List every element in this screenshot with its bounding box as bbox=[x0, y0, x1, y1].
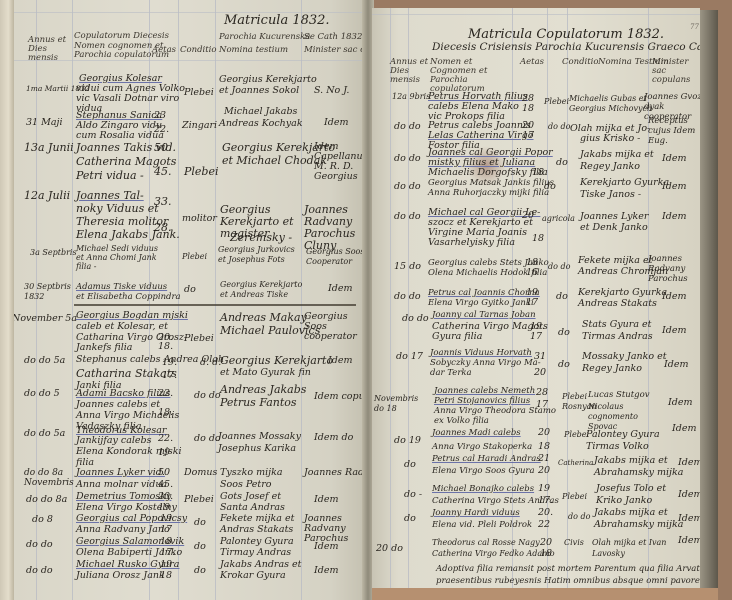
entry-witness: Andras Stakats bbox=[220, 525, 293, 535]
entry-name: Georgius Matsak Jankis filius bbox=[428, 178, 554, 188]
entry-witness: Joannes Mossaky bbox=[218, 432, 301, 442]
entry-condition: Plebei bbox=[182, 252, 207, 262]
header-minister: Minister sac copulans bbox=[304, 46, 366, 55]
entry-condition: do bbox=[194, 566, 206, 576]
entry-date: 3a Septbris bbox=[30, 248, 77, 258]
entry-age: 18 bbox=[538, 442, 550, 452]
entry-age: 16 bbox=[526, 268, 538, 278]
column-rule bbox=[390, 8, 391, 600]
header-aetas: Aetas bbox=[520, 58, 544, 67]
entry-witness: Georgius Kerekjarto bbox=[220, 355, 333, 367]
entry-age: 20. bbox=[158, 492, 173, 502]
entry-age: 23 bbox=[154, 111, 166, 121]
entry-condition: Civis bbox=[564, 538, 584, 548]
header-date: Annus et Dies mensis bbox=[28, 36, 72, 63]
entry-age: 21 bbox=[538, 454, 550, 464]
entry-name: Joannes Tal- bbox=[76, 190, 144, 202]
entry-age: 22. bbox=[154, 125, 169, 135]
entry-name: Gyura filia bbox=[432, 332, 482, 342]
header-aetas: Aetas bbox=[152, 46, 176, 55]
entry-age: 19 bbox=[160, 560, 172, 570]
entry-age: 18. bbox=[158, 342, 173, 352]
entry-witness: Kriko Janko bbox=[596, 496, 652, 506]
entry-name: Adami Bacsko filius bbox=[76, 389, 170, 399]
entry-witness: Jakabs mijka et bbox=[580, 150, 654, 160]
page-subtitle: Diecesis Crisiensis Parochia Kucurensis … bbox=[432, 42, 700, 52]
entry-date: do do bbox=[394, 122, 421, 132]
entry-minister: Idem bbox=[678, 536, 700, 546]
entry-name: Adamus Tiske viduus bbox=[76, 282, 167, 292]
entry-name: et Elisabetha Coppindra bbox=[76, 292, 181, 302]
entry-minister: Idem bbox=[678, 514, 700, 524]
entry-name: dar Terka bbox=[430, 368, 472, 378]
entry-age: 20 bbox=[534, 368, 546, 378]
header-year: Se Cath 1832 bbox=[304, 33, 362, 42]
entry-witness: Palontey Gyura bbox=[220, 537, 294, 547]
entry-witness: Michael Jakabs bbox=[224, 107, 297, 117]
entry-age: 18 bbox=[522, 104, 534, 114]
entry-witness: Georgius Michovych bbox=[569, 104, 652, 114]
entry-age: 17 bbox=[530, 332, 542, 342]
entry-name: Jankijfay calebs bbox=[76, 436, 152, 446]
header-minister: Minister sac copulans bbox=[652, 58, 698, 85]
entry-name: Jankefs filia bbox=[76, 343, 132, 353]
entry-condition: do bbox=[194, 542, 206, 552]
entry-minister: Idem bbox=[328, 284, 352, 294]
entry-age: 22 bbox=[538, 520, 550, 530]
entry-date: 30 Septbris 1832 bbox=[24, 282, 74, 302]
entry-age: 17 bbox=[160, 525, 172, 535]
entry-age: 33. bbox=[154, 196, 172, 208]
entry-age: 18 bbox=[540, 549, 552, 559]
entry-witness: et Michael Chodak bbox=[222, 155, 327, 167]
entry-minister: Idem bbox=[662, 326, 686, 336]
entry-age: 45. bbox=[158, 480, 173, 490]
entry-date: 12a Julii bbox=[24, 190, 70, 202]
entry-date: do do 8a Novembris bbox=[24, 468, 72, 488]
entry-name: Anna molnar vidua bbox=[76, 480, 167, 490]
note-line: Adoptiva filia remansit post mortem Pare… bbox=[436, 564, 700, 574]
entry-age: 20 bbox=[538, 428, 550, 438]
entry-date: do do 5a bbox=[24, 356, 65, 366]
entry-witness: Andreas Kochyak bbox=[219, 119, 303, 129]
entry-minister: Receptus cujus Idem Eug. bbox=[648, 116, 700, 146]
entry-age: 22. bbox=[158, 434, 173, 444]
entry-minister: Idem bbox=[328, 356, 352, 366]
entry-date: do do bbox=[394, 212, 421, 222]
entry-name: Petri Stojanovics filius bbox=[434, 396, 530, 406]
entry-minister: Idem bbox=[662, 154, 686, 164]
entry-age: 19 bbox=[158, 503, 170, 513]
entry-name: Joanny cal Tarnas Joban bbox=[432, 310, 536, 320]
entry-minister: Idem bbox=[672, 424, 696, 434]
entry-name: filia - bbox=[76, 262, 96, 272]
entry-age: 18 bbox=[532, 168, 544, 178]
entry-name: Petrus cal Haradi Andras bbox=[432, 454, 541, 464]
entry-witness: et Andreas Tiske bbox=[220, 290, 288, 300]
entry-witness: Regey Janko bbox=[580, 162, 640, 172]
entry-minister: Joannes Radvany Parochus Cluny bbox=[304, 204, 366, 252]
entry-date: do - bbox=[404, 490, 422, 500]
entry-condition: do bbox=[558, 328, 570, 338]
entry-minister: Idem bbox=[662, 292, 686, 302]
entry-date: do do bbox=[26, 540, 53, 550]
entry-name: ex Volko filia bbox=[434, 416, 489, 426]
entry-witness: Nicolaus cognomento Spovac bbox=[588, 402, 644, 432]
entry-name: Anna Ruhorjaczky mijki filia bbox=[428, 188, 549, 198]
entry-witness: Josephus Karika bbox=[218, 444, 296, 454]
entry-minister: Joannes Radvany bbox=[304, 468, 366, 478]
entry-witness: Tiske Janos - bbox=[580, 190, 641, 200]
column-rule bbox=[301, 0, 302, 600]
entry-minister: Idem bbox=[678, 490, 700, 500]
entry-condition: Domus bbox=[184, 468, 217, 478]
entry-minister: Idem bbox=[314, 542, 338, 552]
entry-minister: Idem bbox=[314, 495, 338, 505]
entry-age: 50. bbox=[154, 142, 172, 154]
entry-date: 13a Junii bbox=[24, 142, 74, 154]
entry-condition: Plebei bbox=[184, 334, 214, 344]
row-rule bbox=[372, 14, 700, 15]
entry-name: Elena vid. Pleli Poldrok bbox=[432, 520, 532, 530]
entry-date: do do 8a bbox=[26, 495, 67, 505]
entry-name: Elena Virgo Soos Gyura bbox=[432, 466, 535, 476]
entry-witness: Michaelis Gubas et bbox=[569, 94, 647, 104]
entry-witness: gius Krisko - bbox=[580, 134, 640, 144]
entry-witness: Stats Gyura et bbox=[582, 320, 651, 330]
entry-witness: Georgius Kerekjarto bbox=[220, 280, 302, 290]
page-number: 77 bbox=[690, 22, 699, 32]
entry-name: Michaelis Dorgofsky filia bbox=[428, 168, 548, 178]
entry-name: noky Viduus et bbox=[76, 203, 159, 215]
entry-condition: Catherina bbox=[558, 458, 593, 468]
entry-condition: Plebei bbox=[184, 88, 214, 98]
right-page: 77 Matricula Copulatorum 1832. Diecesis … bbox=[372, 8, 700, 600]
entry-name: Georgius Bogdan mjski bbox=[76, 311, 188, 321]
entry-age: 20 bbox=[522, 211, 534, 221]
entry-condition: do bbox=[558, 360, 570, 370]
entry-condition: Plebei bbox=[544, 97, 569, 107]
entry-witness: Lavosky bbox=[592, 549, 625, 559]
book-right-edge bbox=[700, 10, 718, 590]
entry-age: 28. bbox=[154, 222, 172, 234]
entry-minister: Georgius Soos Cooperator bbox=[306, 247, 366, 267]
entry-date: do do 5 bbox=[24, 389, 60, 399]
entry-condition: do bbox=[184, 285, 196, 295]
entry-age: 20. bbox=[538, 508, 553, 518]
note-line: praesentibus rubeyesnis Hatim omnibus ab… bbox=[436, 576, 700, 586]
entry-minister: Idem bbox=[662, 182, 686, 192]
entry-witness: Georgius Jurkovics bbox=[218, 245, 295, 255]
entry-witness: et Mato Gyurak fin bbox=[220, 368, 311, 378]
entry-age: 22. bbox=[158, 389, 173, 399]
entry-name: Sobyczky Anna Virgo Ma- bbox=[430, 358, 541, 368]
entry-witness: et Joannes Sokol bbox=[219, 86, 299, 96]
entry-witness: Lucas Stutgov bbox=[588, 390, 650, 400]
entry-witness: Jakabs Andras et bbox=[220, 560, 301, 570]
entry-name: Juliana Orosz Jank bbox=[76, 571, 165, 581]
entry-date: do 8 bbox=[32, 515, 53, 525]
entry-name: Anna Radvany Jano bbox=[76, 525, 170, 535]
entry-witness: Tirmas Volko bbox=[586, 442, 649, 452]
entry-age: 18 bbox=[160, 571, 172, 581]
entry-name: Catherina Virgo Fedko Adamo bbox=[432, 549, 555, 559]
entry-condition: molitor bbox=[182, 214, 217, 224]
entry-age: 17. bbox=[162, 371, 177, 381]
entry-date: 20 do bbox=[376, 544, 403, 554]
entry-minister: Idem bbox=[678, 458, 700, 468]
entry-name: caleb et Kolesar, et bbox=[76, 322, 168, 332]
entry-name: Elena Virgo Gyitko Janki bbox=[428, 298, 534, 308]
entry-name: Petri vidua - bbox=[76, 170, 144, 182]
entry-age: 19 bbox=[158, 448, 170, 458]
entry-date: November 5a bbox=[14, 314, 77, 324]
entry-date: 15 do bbox=[394, 262, 421, 272]
entry-witness: Tyszko mijka bbox=[220, 468, 283, 478]
entry-name: Anna Virgo Stakoperka bbox=[432, 442, 532, 452]
entry-age: 50 bbox=[158, 468, 170, 478]
entry-witness: Abrahamsky mijka bbox=[594, 468, 683, 478]
entry-witness: Tirmas Andras bbox=[582, 332, 653, 342]
book-bottom-edge bbox=[372, 588, 718, 600]
entry-condition: do do bbox=[548, 122, 570, 132]
entry-witness: Olah mijka et Ivan bbox=[592, 538, 666, 548]
entry-name: Michael Bonajko calebs bbox=[432, 484, 534, 494]
entry-witness: Fekete mijka et bbox=[220, 514, 294, 524]
entry-minister: Idem bbox=[324, 118, 348, 128]
entry-minister: Idem Capellanus M. R. D. Georgius bbox=[314, 142, 366, 182]
entry-minister: Georgius Soos cooperator bbox=[304, 312, 366, 342]
entry-witness: Abrahamsky mijka bbox=[594, 520, 683, 530]
header-nomen: Nomen et Cognomen et Parochia copulatoru… bbox=[430, 58, 520, 94]
entry-date: 31 Maji bbox=[26, 118, 62, 128]
entry-date: do do 5a bbox=[24, 429, 65, 439]
entry-name: Joannes calebs Nemeth bbox=[434, 386, 535, 396]
entry-minister: Joannes Radvany Parochus bbox=[648, 254, 700, 284]
entry-age: 19. bbox=[162, 358, 177, 368]
entry-witness: Krokar Gyura bbox=[220, 571, 286, 581]
entry-age: 17 bbox=[522, 131, 534, 141]
entry-age: 28 bbox=[536, 388, 548, 398]
entry-date: do 17 bbox=[396, 352, 423, 362]
entry-minister: Idem do bbox=[314, 433, 353, 443]
entry-age: 17. bbox=[538, 496, 553, 506]
entry-age: 17 bbox=[536, 400, 548, 410]
entry-name: Joannes Lyker vid. bbox=[76, 468, 165, 478]
header-conditio: Conditio bbox=[562, 58, 599, 67]
entry-condition: Plebei Rosnyan bbox=[562, 392, 588, 412]
header-date: Annus et Dies mensis bbox=[390, 58, 430, 85]
entry-witness: Jakabs mijka et bbox=[594, 456, 668, 466]
entry-age: 20 bbox=[538, 466, 550, 476]
entry-witness: Tirmay Andras bbox=[220, 548, 291, 558]
entry-condition: agricola bbox=[542, 214, 575, 224]
entry-witness: Andreas Makay bbox=[220, 312, 307, 324]
header-conditio: Conditio bbox=[180, 46, 217, 55]
entry-date: 12a 9bris bbox=[392, 92, 430, 102]
entry-minister: Idem bbox=[314, 566, 338, 576]
header-testes: Nomina testium bbox=[219, 46, 288, 55]
entry-date: do do bbox=[26, 566, 53, 576]
entry-date: do bbox=[404, 460, 416, 470]
open-register-book: Matricula 1832. Annus et Dies mensis Cop… bbox=[0, 0, 732, 600]
entry-name: Vasarhelyisky filia bbox=[428, 238, 515, 248]
entry-date: do do bbox=[394, 292, 421, 302]
section-divider bbox=[74, 304, 356, 306]
header-copulatorum: Copulatorum Diecesis bbox=[74, 32, 169, 41]
entry-condition: Plebei bbox=[562, 492, 587, 502]
entry-name: Joannes Madi calebs bbox=[432, 428, 521, 438]
entry-name: Joannis Viduus Horvath bbox=[430, 348, 532, 358]
entry-condition: do bbox=[194, 518, 206, 528]
entry-minister: Idem bbox=[668, 398, 692, 408]
entry-age: 45. bbox=[154, 166, 172, 178]
entry-witness: et Josephus Fots bbox=[218, 255, 285, 265]
entry-condition: do do bbox=[548, 262, 570, 272]
entry-witness: Georgius Kerekjarto bbox=[219, 75, 317, 85]
entry-witness: Andreas Stakats bbox=[578, 299, 657, 309]
entry-age: 17. bbox=[160, 548, 175, 558]
entry-witness: et Denk Janko bbox=[580, 223, 648, 233]
entry-age: 31 bbox=[534, 352, 546, 362]
entry-witness: Santa Andras bbox=[220, 503, 285, 513]
entry-condition: do do bbox=[568, 512, 590, 522]
entry-minister: Idem copulans bbox=[314, 392, 366, 402]
entry-age: 18 bbox=[532, 234, 544, 244]
entry-witness: Kerekjarto Gyurka bbox=[580, 178, 669, 188]
entry-minister: S. No J. bbox=[314, 86, 349, 96]
entry-witness: Kerekjarto Gyurka bbox=[578, 288, 667, 298]
entry-condition: do bbox=[556, 158, 568, 168]
entry-witness: Fekete mijka et bbox=[578, 256, 652, 266]
header-parochia-2: Parochia Kucurenska bbox=[219, 33, 310, 42]
entry-witness: Andreas Jakabs bbox=[220, 384, 306, 396]
entry-condition: Zingari bbox=[182, 121, 217, 131]
entry-witness: Jakabs mijka et bbox=[594, 508, 668, 518]
entry-witness: Soos Petro bbox=[220, 480, 272, 490]
entry-condition: d. d. bbox=[200, 358, 221, 368]
entry-witness: Joannes Lyker bbox=[580, 212, 648, 222]
entry-name: cum Rosalia vidua bbox=[76, 131, 164, 141]
entry-age: 18. bbox=[158, 408, 173, 418]
entry-condition: do bbox=[544, 182, 556, 192]
entry-witness: Regey Janko bbox=[582, 364, 642, 374]
page-title: Matricula 1832. bbox=[224, 16, 330, 26]
entry-minister: Idem bbox=[664, 360, 688, 370]
entry-date: do do bbox=[402, 314, 429, 324]
entry-condition: do do bbox=[194, 391, 221, 401]
book-left-edge bbox=[0, 0, 14, 600]
entry-age: 19 bbox=[538, 484, 550, 494]
entry-date: do do bbox=[394, 182, 421, 192]
entry-name: Theodorus cal Rosse Nagy bbox=[432, 538, 540, 548]
left-page: Matricula 1832. Annus et Dies mensis Cop… bbox=[14, 0, 366, 600]
entry-date: do do bbox=[394, 154, 421, 164]
entry-witness: Josefus Tolo et bbox=[596, 484, 666, 494]
entry-witness: Palontey Gyura bbox=[586, 430, 660, 440]
entry-condition: Plebei bbox=[184, 166, 219, 178]
entry-age: 20 bbox=[540, 538, 552, 548]
entry-witness: Zeremsky - bbox=[230, 232, 292, 244]
entry-date: do 19 bbox=[394, 436, 421, 446]
entry-witness: Gots Josef et bbox=[220, 492, 281, 502]
page-title: Matricula Copulatorum 1832. bbox=[468, 30, 664, 40]
entry-name: Joanny Hardi viduus bbox=[432, 508, 520, 518]
entry-condition: do do bbox=[194, 434, 221, 444]
entry-condition: do bbox=[556, 292, 568, 302]
entry-minister: Joannes Radvany Parochus bbox=[304, 514, 366, 544]
entry-date: do bbox=[404, 514, 416, 524]
entry-age: 18 bbox=[160, 537, 172, 547]
entry-witness: Petrus Fantos bbox=[220, 397, 297, 409]
column-rule bbox=[215, 0, 216, 600]
entry-condition: Plebei bbox=[184, 495, 214, 505]
entry-age: 17 bbox=[526, 298, 538, 308]
entry-minister: Idem bbox=[662, 212, 686, 222]
entry-age: 19 bbox=[160, 514, 172, 524]
entry-witness: Mossaky Janko et bbox=[582, 352, 667, 362]
entry-name: Petrus cal Joannis Chorna bbox=[428, 288, 540, 298]
entry-name: Joannes calebs et bbox=[76, 400, 160, 410]
entry-date: Novembris do 18 bbox=[374, 394, 418, 414]
